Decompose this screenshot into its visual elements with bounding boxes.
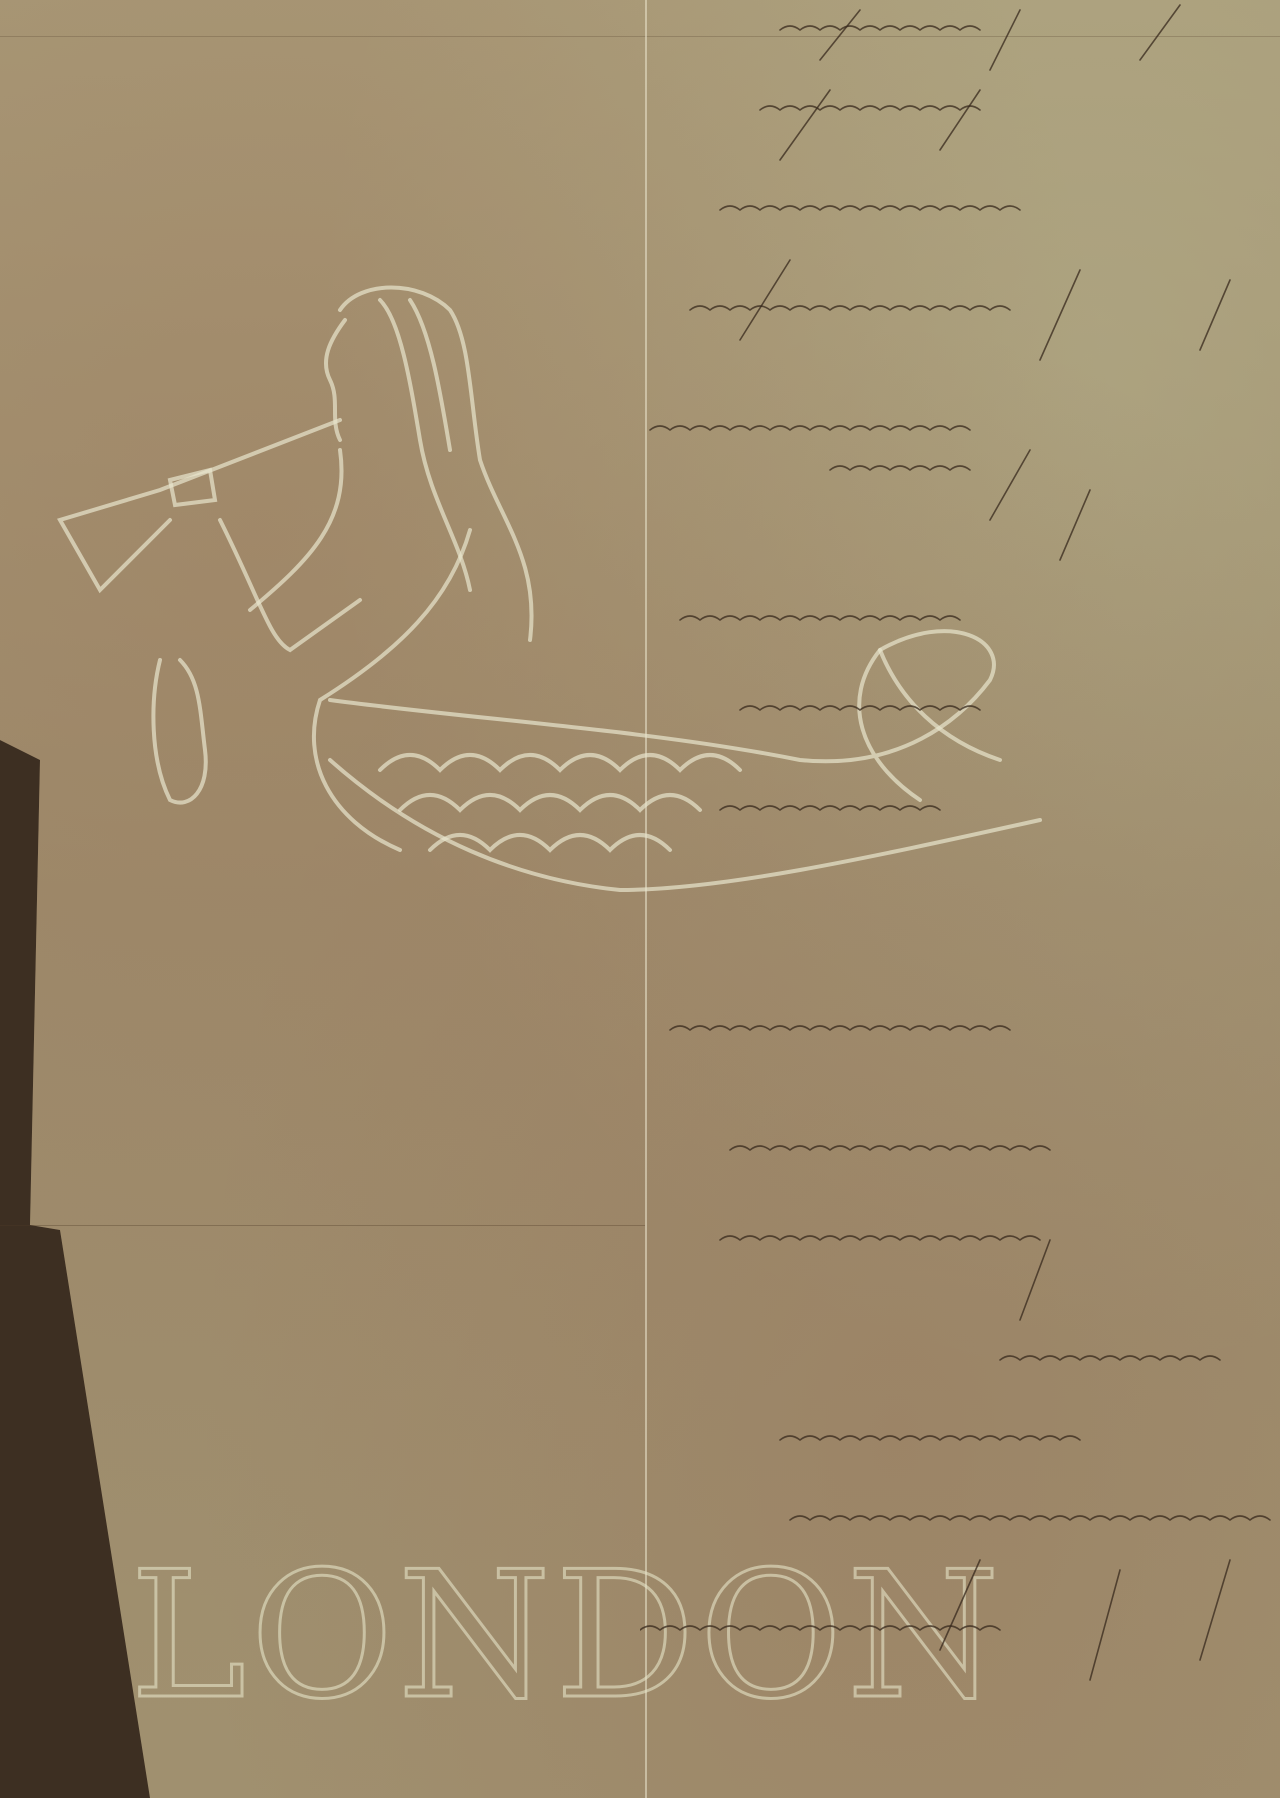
- mirrored-handwriting: [640, 0, 1280, 1798]
